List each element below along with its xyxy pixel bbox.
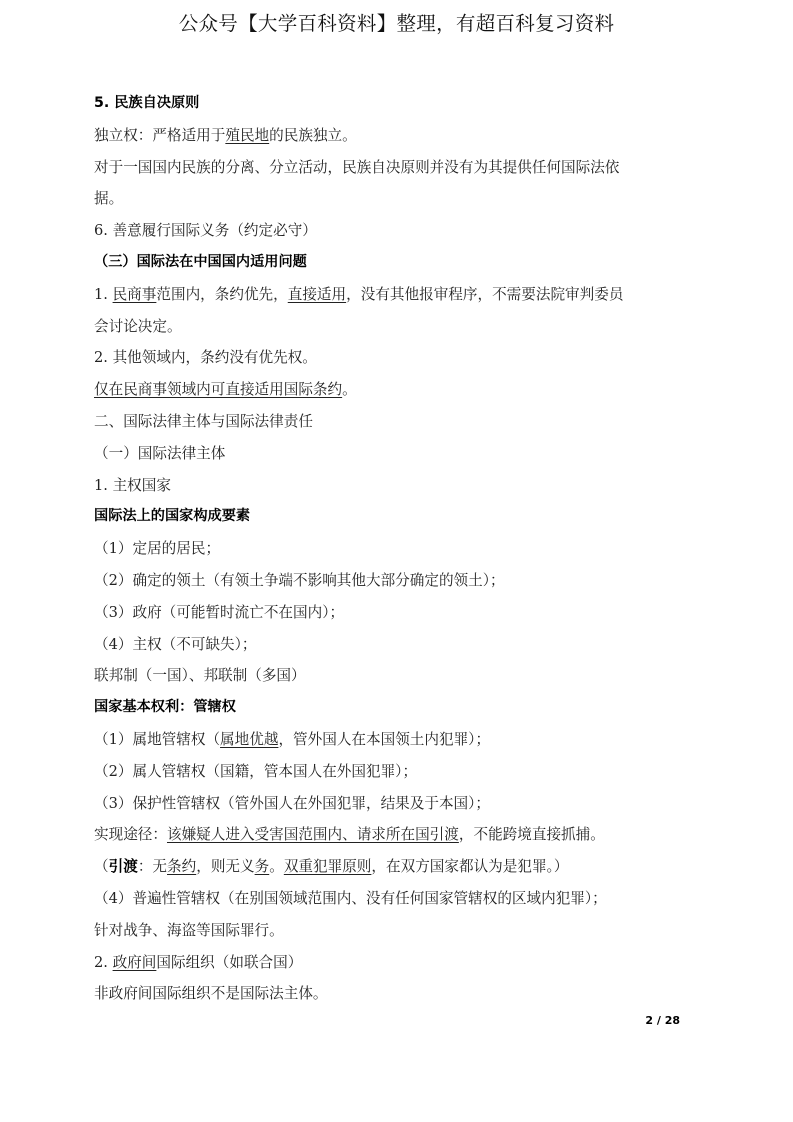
underlined-text: 双重犯罪原则 (284, 858, 372, 875)
underlined-text: 该嫌疑人进入受害国范围内、请求所在国引渡 (167, 826, 459, 843)
paragraph: 2. 其他领域内，条约没有优先权。 (94, 342, 694, 374)
paragraph: （引渡：无条约，则无义务。双重犯罪原则，在双方国家都认为是犯罪。） (94, 851, 694, 883)
text: ：无 (138, 858, 167, 875)
paragraph: 联邦制（一国）、邦联制（多国） (94, 660, 694, 692)
text: 。 (269, 858, 284, 875)
underlined-text: 民商事 (113, 286, 157, 303)
paragraph: 仅在民商事领域内可直接适用国际条约。 (94, 374, 694, 406)
text: 独立权：严格适用于 (94, 127, 225, 144)
text: （ (94, 858, 109, 875)
page-header-title: 公众号【大学百科资料】整理，有超百科复习资料 (0, 8, 793, 36)
text: ，则无义 (196, 858, 254, 875)
list-item: 2. 政府间国际组织（如联合国） (94, 947, 694, 979)
section-heading-domestic-application: （三）国际法在中国国内适用问题 (94, 247, 694, 279)
underlined-text: 属地优越 (220, 731, 278, 748)
list-item: 1. 主权国家 (94, 470, 694, 502)
text: 。 (342, 381, 357, 398)
list-item: （1）属地管辖权（属地优越，管外国人在本国领土内犯罪）； (94, 724, 694, 756)
paragraph: 1. 民商事范围内，条约优先，直接适用，没有其他报审程序，不需要法院审判委员 (94, 279, 694, 311)
underlined-text: 直接适用 (288, 286, 346, 303)
text: 的民族独立。 (269, 127, 357, 144)
underlined-text: 仅在民商事领域内可直接适用国际条约 (94, 381, 342, 398)
list-item: （2）属人管辖权（国籍，管本国人在外国犯罪）； (94, 756, 694, 788)
section-heading-legal-subjects: 二、国际法律主体与国际法律责任 (94, 406, 694, 438)
page-number: 2 / 28 (620, 1014, 680, 1027)
paragraph: 独立权：严格适用于殖民地的民族独立。 (94, 120, 694, 152)
subsection-heading: （一）国际法律主体 (94, 438, 694, 470)
paragraph: 对于一国国内民族的分离、分立活动，民族自决原则并没有为其提供任何国际法依 (94, 152, 694, 184)
section-heading-self-determination: 5. 民族自决原则 (94, 88, 694, 120)
text: 实现途径： (94, 826, 167, 843)
section-heading-jurisdiction: 国家基本权利：管辖权 (94, 692, 694, 724)
list-item: （1）定居的居民； (94, 533, 694, 565)
text: 1. (94, 286, 113, 303)
paragraph: 非政府间国际组织不是国际法主体。 (94, 978, 694, 1010)
paragraph: 实现途径：该嫌疑人进入受害国范围内、请求所在国引渡，不能跨境直接抓捕。 (94, 819, 694, 851)
underlined-text: 政府间 (113, 954, 157, 971)
list-item: （3）保护性管辖权（管外国人在外国犯罪，结果及于本国）； (94, 788, 694, 820)
text: 2. (94, 954, 113, 971)
section-heading-good-faith: 6. 善意履行国际义务（约定必守） (94, 215, 694, 247)
text: ，在双方国家都认为是犯罪。） (371, 858, 568, 875)
underlined-text: 殖民地 (225, 127, 269, 144)
paragraph: 针对战争、海盗等国际罪行。 (94, 915, 694, 947)
section-heading-state-elements: 国际法上的国家构成要素 (94, 501, 694, 533)
bold-text: 引渡 (109, 858, 138, 875)
text: 国际组织（如联合国） (156, 954, 302, 971)
text: ，没有其他报审程序，不需要法院审判委员 (346, 286, 623, 303)
list-item: （4）主权（不可缺失）； (94, 629, 694, 661)
list-item: （4）普遍性管辖权（在别国领域范围内、没有任何国家管辖权的区域内犯罪）； (94, 883, 694, 915)
text: ，管外国人在本国领土内犯罪）； (278, 731, 490, 748)
list-item: （3）政府（可能暂时流亡不在国内）； (94, 597, 694, 629)
underlined-text: 务 (255, 858, 270, 875)
document-body: 5. 民族自决原则 独立权：严格适用于殖民地的民族独立。 对于一国国内民族的分离… (94, 88, 694, 1010)
text: ，不能跨境直接抓捕。 (459, 826, 605, 843)
text: （1）属地管辖权（ (94, 731, 220, 748)
paragraph: 据。 (94, 183, 694, 215)
text: 范围内，条约优先， (156, 286, 287, 303)
underlined-text: 条约 (167, 858, 196, 875)
paragraph: 会讨论决定。 (94, 311, 694, 343)
list-item: （2）确定的领土（有领土争端不影响其他大部分确定的领土）； (94, 565, 694, 597)
